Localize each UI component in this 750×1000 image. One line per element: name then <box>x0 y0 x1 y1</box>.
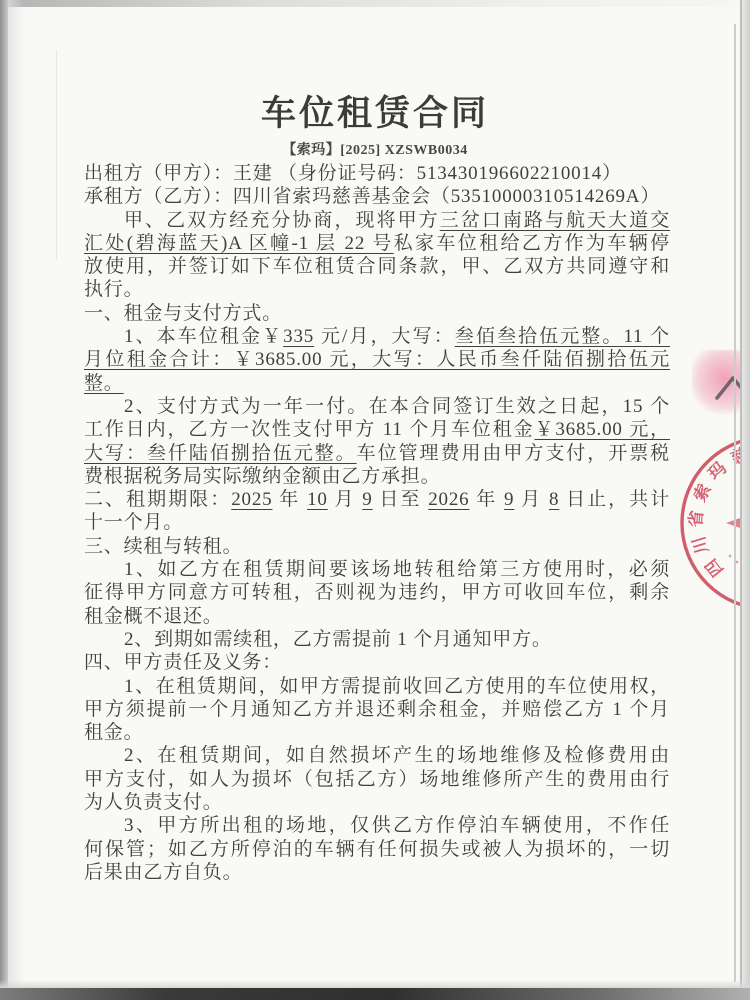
paper-crease <box>56 50 57 260</box>
underlined-text: 9 <box>362 489 372 510</box>
contract-line: 月位租金合计：￥3685.00 元，大写：人民币叁仟陆佰捌拾伍元 <box>84 348 670 371</box>
underlined-text: 335 <box>283 326 314 347</box>
contract-line: 1、在租赁期间，如甲方需提前收回乙方使用的车位使用权， <box>84 675 670 698</box>
contract-title: 车位租赁合同 <box>0 86 750 136</box>
paper-edge-left-shadow <box>8 0 24 1000</box>
text-segment: 征得甲方同意方可转租，否则视为违约，甲方可收回车位，剩余 <box>84 582 670 603</box>
text-segment: 后果由乙方自负。 <box>84 862 242 883</box>
text-segment: 年 <box>272 489 307 510</box>
text-segment: 月 <box>328 489 363 510</box>
paper-edge-right-line <box>734 24 736 982</box>
underlined-text: 三岔口南路与航天大道交 <box>440 210 670 231</box>
underlined-text: 9 <box>504 489 514 510</box>
text-segment: 租金概不退还。 <box>84 606 223 627</box>
contract-line: 大写：叁仟陆佰捌拾伍元整。车位管理费用由甲方支付，开票税 <box>84 442 670 465</box>
contract-line: 放使用，并签订如下车位租赁合同条款，甲、乙双方共同遵守和 <box>84 255 670 278</box>
text-segment: 2、在租赁期间，如自然损坏产生的场地维修及检修费用由 <box>124 745 670 766</box>
contract-line: 租金。 <box>84 721 670 744</box>
contract-line: 承租方（乙方）：四川省索玛慈善基金会（53510000310514269A） <box>84 185 670 208</box>
underlined-text: 8 <box>549 489 559 510</box>
text-segment: 甲、乙双方经充分协商，现将甲方 <box>124 210 440 231</box>
contract-line: 后果由乙方自负。 <box>84 861 670 884</box>
text-segment: 甲方支付，如人为损坏（包括乙方）场地维修所产生的费用由行 <box>84 769 670 790</box>
paper-edge-top <box>0 0 750 7</box>
text-segment: 十一个月。 <box>84 512 183 533</box>
text-segment: 出租方（甲方）：王建 （身份证号码：513430196602210014） <box>84 163 622 184</box>
contract-line: 整。 <box>84 372 670 395</box>
text-segment: 1、本车位租金￥ <box>124 326 283 347</box>
contract-line: 甲方须提前一个月通知乙方并退还剩余租金，并赔偿乙方 1 个月 <box>84 698 670 721</box>
contract-line: 工作日内，乙方一次性支付甲方 11 个月车位租金￥3685.00 元， <box>84 418 670 441</box>
underlined-text: 叁佰叁拾伍元整。11 个 <box>455 326 670 347</box>
underlined-text: 大写：叁仟陆佰捌拾伍元整。 <box>84 443 357 464</box>
contract-line: 1、本车位租金￥335 元/月，大写：叁佰叁拾伍元整。11 个 <box>84 325 670 348</box>
text-segment: 2、支付方式为一年一付。在本合同签订生效之日起，15 个 <box>124 396 670 417</box>
text-segment: 日至 <box>373 489 429 510</box>
underlined-text: 月位租金合计：￥3685.00 元，大写：人民币叁仟陆佰捌拾伍元 <box>84 349 670 370</box>
text-segment: 私家车位租给乙方作为车辆停 <box>394 233 670 254</box>
text-segment: 放使用，并签订如下车位租赁合同条款，甲、乙双方共同遵守和 <box>84 256 670 277</box>
paper-edge-right <box>742 0 750 1000</box>
document-number: 【索玛】[2025] XZSWB0034 <box>0 139 750 159</box>
contract-line: 2、在租赁期间，如自然损坏产生的场地维修及检修费用由 <box>84 744 670 767</box>
contract-line: 何保管；如乙方所停泊的车辆有任何损失或被人为损坏的，一切 <box>84 838 670 861</box>
contract-line: 四、甲方责任及义务： <box>84 651 670 674</box>
underlined-text: 2026 <box>428 489 469 510</box>
text-segment: 1、在租赁期间，如甲方需提前收回乙方使用的车位使用权， <box>124 676 670 697</box>
contract-line: 出租方（甲方）：王建 （身份证号码：513430196602210014） <box>84 162 670 185</box>
contract-line: 十一个月。 <box>84 511 670 534</box>
official-seal-stamp: 四川省索玛慈善基金会 <box>618 418 750 658</box>
contract-line: 2、支付方式为一年一付。在本合同签订生效之日起，15 个 <box>84 395 670 418</box>
contract-line: 甲、乙双方经充分协商，现将甲方三岔口南路与航天大道交 <box>84 209 670 232</box>
text-segment: 工作日内，乙方一次性支付甲方 11 个月车位租金 <box>84 419 534 440</box>
text-segment: 二、租期期限： <box>84 489 231 510</box>
contract-line: 征得甲方同意方可转租，否则视为违约，甲方可收回车位，剩余 <box>84 581 670 604</box>
text-segment: 3、甲方所出租的场地，仅供乙方作停泊车辆使用，不作任 <box>124 815 670 836</box>
text-segment: 何保管；如乙方所停泊的车辆有任何损失或被人为损坏的，一切 <box>84 839 670 860</box>
contract-body: 出租方（甲方）：王建 （身份证号码：513430196602210014）承租方… <box>84 162 670 884</box>
contract-line: 费根据税务局实际缴纳金额由乙方承担。 <box>84 465 670 488</box>
text-segment: 甲方须提前一个月通知乙方并退还剩余租金，并赔偿乙方 1 个月 <box>84 699 670 720</box>
text-segment: 三、续租与转租。 <box>84 536 242 557</box>
text-segment: 一、租金与支付方式。 <box>84 303 282 324</box>
underlined-text: 2025 <box>231 489 272 510</box>
contract-line: 汇处(碧海蓝天)A 区幢-1 层 22 号私家车位租给乙方作为车辆停 <box>84 232 670 255</box>
contract-line: 租金概不退还。 <box>84 605 670 628</box>
text-segment: 1、如乙方在租赁期间要该场地转租给第三方使用时，必须 <box>124 559 670 580</box>
text-segment: 2、到期如需续租，乙方需提前 1 个月通知甲方。 <box>124 629 552 650</box>
contract-line: 3、甲方所出租的场地，仅供乙方作停泊车辆使用，不作任 <box>84 814 670 837</box>
contract-line: 2、到期如需续租，乙方需提前 1 个月通知甲方。 <box>84 628 670 651</box>
scanned-contract-page: 车位租赁合同 【索玛】[2025] XZSWB0034 出租方（甲方）：王建 （… <box>0 0 750 1000</box>
text-segment: 租金。 <box>84 722 143 743</box>
text-segment: 年 <box>469 489 504 510</box>
text-segment: 为人负责支付。 <box>84 792 223 813</box>
contract-line: 三、续租与转租。 <box>84 535 670 558</box>
contract-line: 一、租金与支付方式。 <box>84 302 670 325</box>
paper-edge-left <box>0 0 8 1000</box>
contract-line: 为人负责支付。 <box>84 791 670 814</box>
text-segment: 执行。 <box>84 279 143 300</box>
text-segment: 承租方（乙方）：四川省索玛慈善基金会（53510000310514269A） <box>84 186 660 207</box>
paper-edge-bottom <box>0 988 750 1000</box>
contract-line: 二、租期期限：2025 年 10 月 9 日至 2026 年 9 月 8 日止，… <box>84 488 670 511</box>
text-segment: 月 <box>514 489 549 510</box>
paper-edge-bottom-shadow <box>0 980 750 988</box>
text-segment: 元/月，大写： <box>314 326 455 347</box>
underlined-text: 整。 <box>84 373 124 394</box>
text-segment: 四、甲方责任及义务： <box>84 652 282 673</box>
contract-line: 执行。 <box>84 278 670 301</box>
underlined-text: 10 <box>307 489 328 510</box>
contract-line: 1、如乙方在租赁期间要该场地转租给第三方使用时，必须 <box>84 558 670 581</box>
text-segment: 费根据税务局实际缴纳金额由乙方承担。 <box>84 466 440 487</box>
underlined-text: 汇处(碧海蓝天)A 区幢-1 层 22 号 <box>84 233 394 254</box>
contract-line: 甲方支付，如人为损坏（包括乙方）场地维修所产生的费用由行 <box>84 768 670 791</box>
